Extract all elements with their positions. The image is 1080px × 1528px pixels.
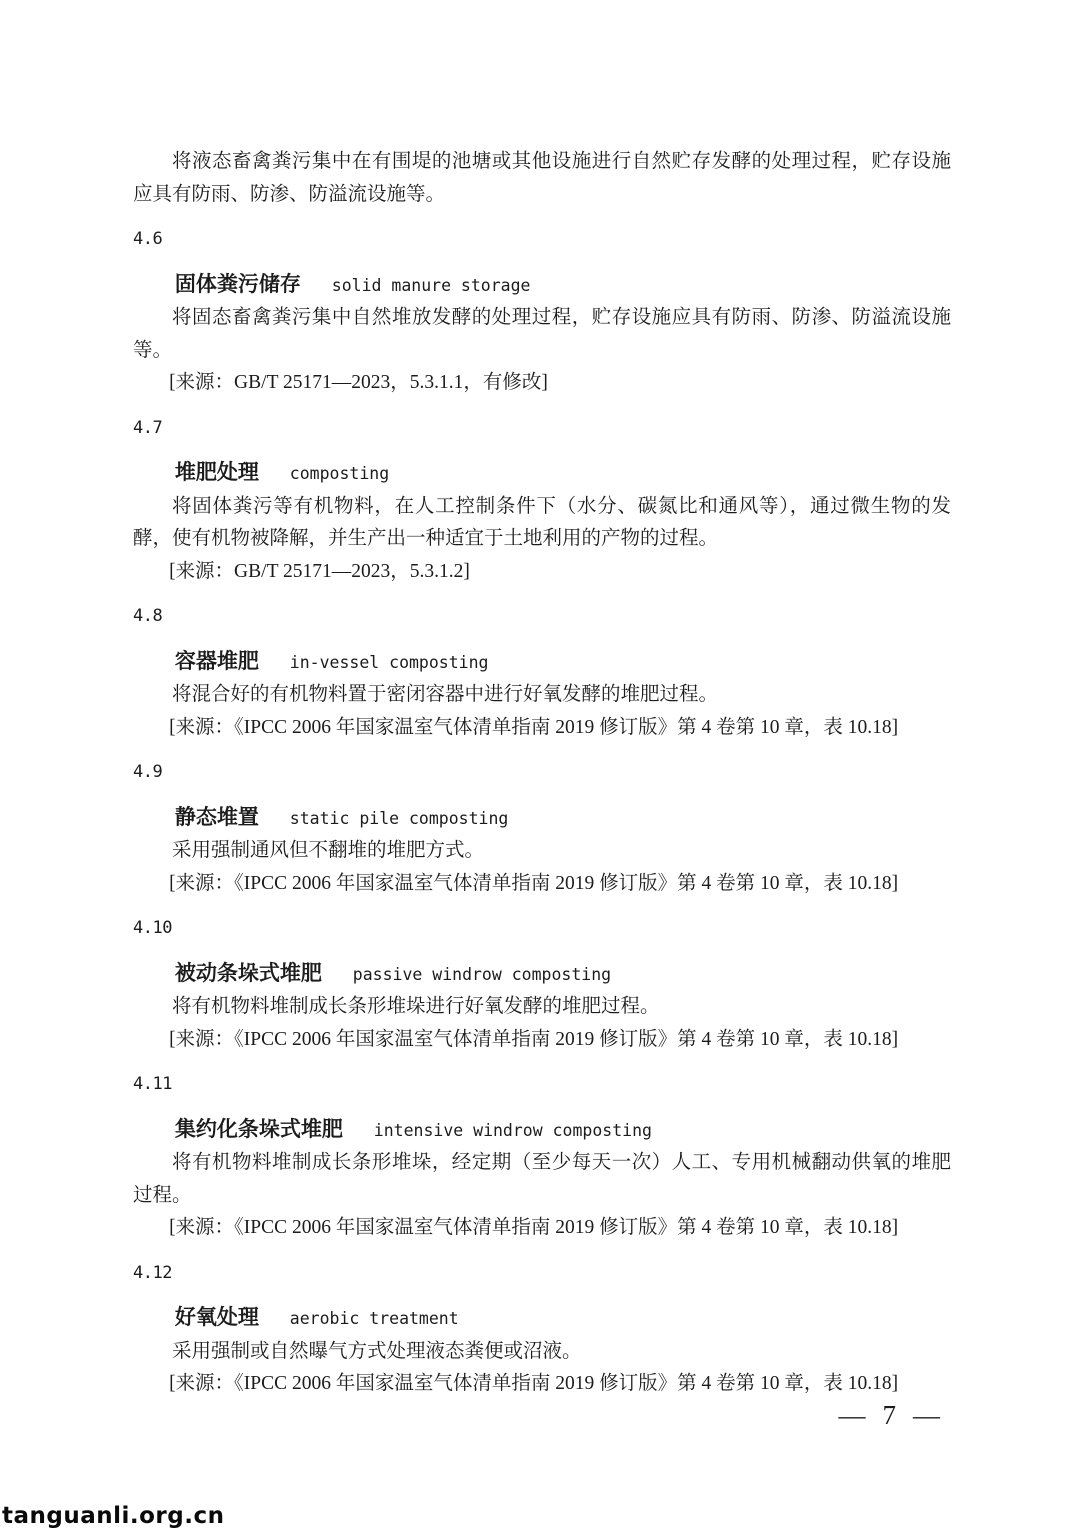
document-page: 将液态畜禽粪污集中在有围堤的池塘或其他设施进行自然贮存发酵的处理过程，贮存设施应… [0,0,1080,1528]
definition: 将固体粪污等有机物料，在人工控制条件下（水分、碳氮比和通风等），通过微生物的发酵… [133,491,951,556]
definition: 将固态畜禽粪污集中自然堆放发酵的处理过程，贮存设施应具有防雨、防渗、防溢流设施等… [133,302,951,367]
term-section: 4.11 集约化条垛式堆肥 intensive windrow composti… [133,1068,951,1245]
definition: 采用强制或自然曝气方式处理液态粪便或沼液。 [133,1336,951,1369]
term-en: static pile composting [290,809,509,828]
term-line: 堆肥处理 composting [133,457,951,491]
term-zh: 固体粪污储存 [175,273,301,296]
term-zh: 堆肥处理 [175,461,259,484]
term-zh: 静态堆置 [175,806,259,829]
page-number-value: 7 [883,1400,897,1431]
term-section: 4.7 堆肥处理 composting 将固体粪污等有机物料，在人工控制条件下（… [133,412,951,589]
definition: 将有机物料堆制成长条形堆垛，经定期（至少每天一次）人工、专用机械翻动供氧的堆肥过… [133,1147,951,1212]
definition: 采用强制通风但不翻堆的堆肥方式。 [133,835,951,868]
term-en: passive windrow composting [353,965,611,984]
term-en: aerobic treatment [290,1309,459,1328]
source-line: [来源：GB/T 25171—2023，5.3.1.1，有修改] [133,367,951,400]
term-en: intensive windrow composting [374,1121,652,1140]
clause-number: 4.11 [133,1068,951,1101]
source-line: [来源：《IPCC 2006 年国家温室气体清单指南 2019 修订版》第 4 … [133,868,951,901]
term-line: 被动条垛式堆肥 passive windrow composting [133,958,951,992]
term-en: in-vessel composting [290,653,489,672]
clause-number: 4.8 [133,600,951,633]
term-line: 容器堆肥 in-vessel composting [133,646,951,680]
term-line: 好氧处理 aerobic treatment [133,1302,951,1336]
clause-number: 4.9 [133,756,951,789]
clause-number: 4.7 [133,412,951,445]
definition: 将有机物料堆制成长条形堆垛进行好氧发酵的堆肥过程。 [133,991,951,1024]
term-en: composting [290,464,389,483]
source-line: [来源：《IPCC 2006 年国家温室气体清单指南 2019 修订版》第 4 … [133,1212,951,1245]
clause-number: 4.12 [133,1257,951,1290]
term-section: 4.8 容器堆肥 in-vessel composting 将混合好的有机物料置… [133,600,951,744]
term-zh: 集约化条垛式堆肥 [175,1118,343,1141]
term-section: 4.9 静态堆置 static pile composting 采用强制通风但不… [133,756,951,900]
term-zh: 好氧处理 [175,1306,259,1329]
page-number-dash-left: — [839,1400,866,1431]
definition: 将混合好的有机物料置于密闭容器中进行好氧发酵的堆肥过程。 [133,679,951,712]
source-line: [来源：《IPCC 2006 年国家温室气体清单指南 2019 修订版》第 4 … [133,1368,951,1401]
page-number: — 7 — [839,1400,941,1431]
clause-number: 4.10 [133,912,951,945]
watermark: tanguanli.org.cn [2,1503,224,1528]
clause-number: 4.6 [133,223,951,256]
source-line: [来源：GB/T 25171—2023，5.3.1.2] [133,556,951,589]
continuation-paragraph: 将液态畜禽粪污集中在有围堤的池塘或其他设施进行自然贮存发酵的处理过程，贮存设施应… [133,146,951,211]
source-line: [来源：《IPCC 2006 年国家温室气体清单指南 2019 修订版》第 4 … [133,712,951,745]
term-section: 4.10 被动条垛式堆肥 passive windrow composting … [133,912,951,1056]
term-line: 集约化条垛式堆肥 intensive windrow composting [133,1114,951,1148]
term-line: 固体粪污储存 solid manure storage [133,269,951,303]
term-section: 4.12 好氧处理 aerobic treatment 采用强制或自然曝气方式处… [133,1257,951,1401]
term-zh: 被动条垛式堆肥 [175,962,322,985]
source-line: [来源：《IPCC 2006 年国家温室气体清单指南 2019 修订版》第 4 … [133,1024,951,1057]
term-en: solid manure storage [332,276,531,295]
page-content: 将液态畜禽粪污集中在有围堤的池塘或其他设施进行自然贮存发酵的处理过程，贮存设施应… [133,146,951,1401]
term-zh: 容器堆肥 [175,650,259,673]
term-line: 静态堆置 static pile composting [133,802,951,836]
page-number-dash-right: — [913,1400,940,1431]
term-section: 4.6 固体粪污储存 solid manure storage 将固态畜禽粪污集… [133,223,951,400]
